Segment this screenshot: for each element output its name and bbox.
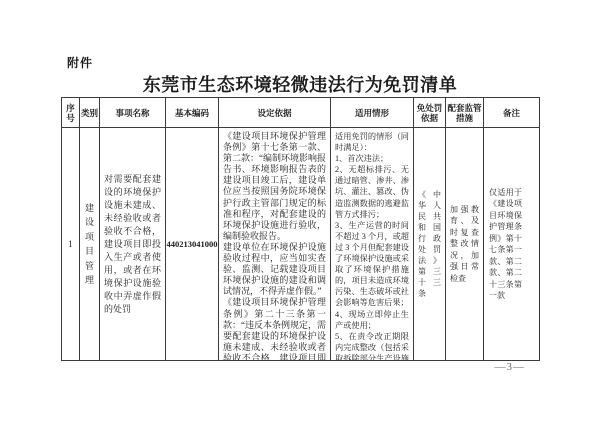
cell-item-name: 对需要配套建设的环境保护设施未建成、未经验收或者验收不合格，建设项目即投入生产或…	[100, 128, 166, 361]
exemption-list-table: 序号 类别 事项名称 基本编码 设定依据 适用情形 免处罚依据 配套监管措施 备…	[61, 97, 540, 361]
page-title: 东莞市生态环境轻微违法行为免罚清单	[0, 71, 600, 97]
table-header-row: 序号 类别 事项名称 基本编码 设定依据 适用情形 免处罚依据 配套监管措施 备…	[62, 98, 540, 128]
col-header-item-name: 事项名称	[100, 98, 166, 128]
cell-exemption-basis: 《中华人民共和国行政处罚法》第三十三条	[414, 128, 446, 361]
supervision-measures-value: 加强教育、及时复查整改情况，加强日常检查	[446, 202, 483, 287]
legal-basis-text: 《建设项目环境保护管理条例》第十七条第一款、第二款：“编制环境影响报告书、环境影…	[219, 128, 330, 360]
col-header-remarks: 备注	[484, 98, 540, 128]
applicable-situations-text: 适用免罚的情形（同时满足）：1、首次违法；2、无超标排污、无通过暗管、渗井、渗坑…	[331, 128, 413, 360]
remarks-value: 仅适用于《建设项目环境保护管理条例》第十七条第一款、第二款、第二十三条第一款	[484, 185, 539, 304]
col-header-applicable-situations: 适用情形	[331, 98, 414, 128]
basic-code-value: 440213041000	[166, 128, 218, 360]
col-header-basic-code: 基本编码	[166, 98, 219, 128]
cell-applicable-situations: 适用免罚的情形（同时满足）：1、首次违法；2、无超标排污、无通过暗管、渗井、渗坑…	[331, 128, 414, 361]
col-header-exemption-basis: 免处罚依据	[414, 98, 446, 128]
cell-basic-code: 440213041000	[166, 128, 219, 361]
cell-legal-basis: 《建设项目环境保护管理条例》第十七条第一款、第二款：“编制环境影响报告书、环境影…	[219, 128, 331, 361]
cell-supervision-measures: 加强教育、及时复查整改情况，加强日常检查	[446, 128, 484, 361]
exemption-basis-value: 《中华人民共和国行政处罚法》第三十三条	[414, 187, 445, 301]
col-header-serial-number: 序号	[62, 98, 80, 128]
attachment-label: 附件	[67, 54, 93, 71]
cell-remarks: 仅适用于《建设项目环境保护管理条例》第十七条第一款、第二款、第二十三条第一款	[484, 128, 540, 361]
serial-number-value: 1	[62, 128, 79, 360]
cell-serial-number: 1	[62, 128, 80, 361]
cell-category: 建设项目管理	[80, 128, 100, 361]
col-header-supervision-measures: 配套监管措施	[446, 98, 484, 128]
item-name-value: 对需要配套建设的环境保护设施未建成、未经验收或者验收不合格，建设项目即投入生产或…	[100, 169, 165, 320]
page-number: —3—	[495, 361, 526, 373]
col-header-legal-basis: 设定依据	[219, 98, 331, 128]
category-value: 建设项目管理	[85, 201, 95, 288]
table-row: 1 建设项目管理 对需要配套建设的环境保护设施未建成、未经验收或者验收不合格，建…	[62, 128, 540, 361]
col-header-category: 类别	[80, 98, 100, 128]
